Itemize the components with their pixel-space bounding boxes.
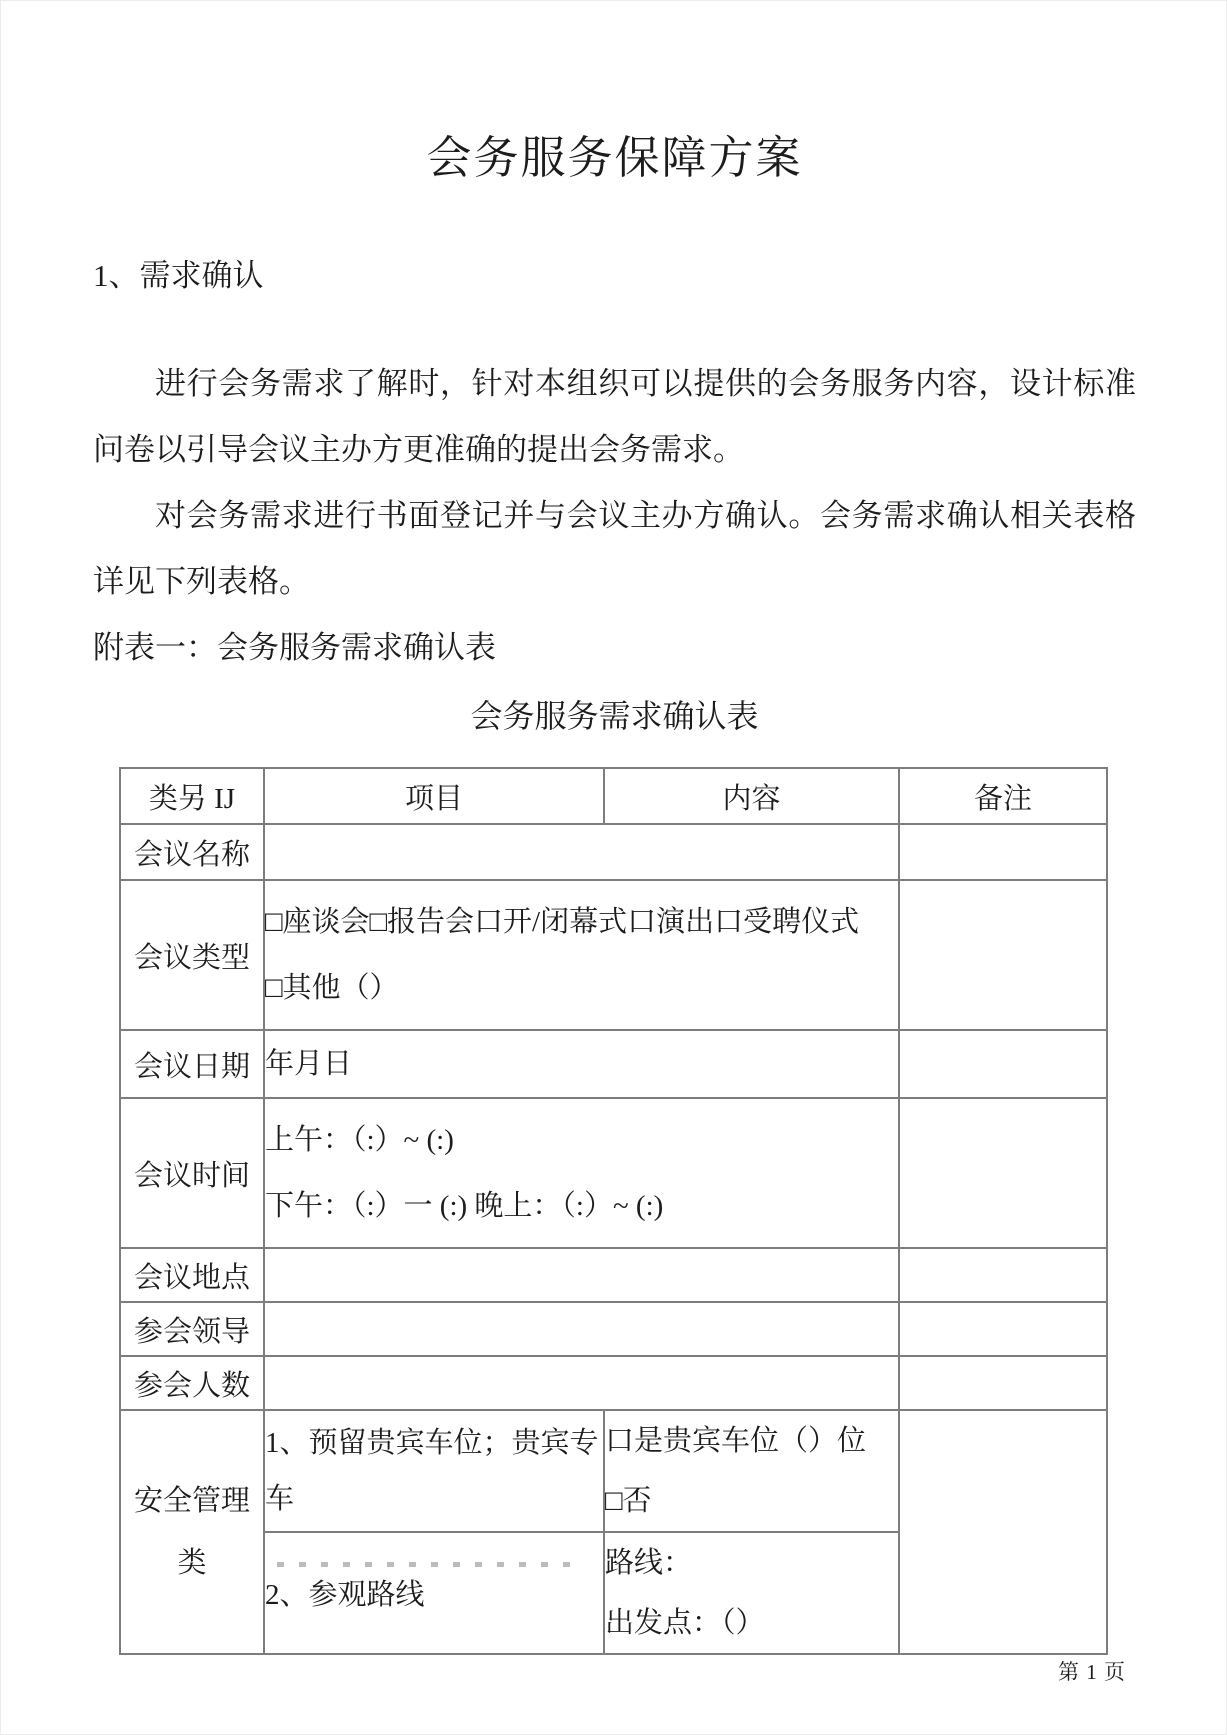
clipped-text-artifact — [277, 1562, 577, 1567]
table-row-safety-1: 安全管理 类 1、预留贵宾车位；贵宾专车 口是贵宾车位（）位 □否 — [120, 1410, 1107, 1532]
row-safety-category-label: 安全管理 类 — [120, 1410, 264, 1654]
row-meeting-name-content — [264, 824, 899, 880]
page-number: 第 1 页 — [1058, 1656, 1126, 1686]
row-attendee-count-content — [264, 1356, 899, 1410]
row-meeting-name-label: 会议名称 — [120, 824, 264, 880]
row-attending-leaders-note — [899, 1302, 1107, 1356]
header-note: 备注 — [899, 768, 1107, 824]
table-row: 参会领导 — [120, 1302, 1107, 1356]
body-paragraphs: 进行会务需求了解时，针对本组织可以提供的会务服务内容，设计标准问卷以引导会议主办… — [93, 351, 1136, 681]
table-row: 会议地点 — [120, 1248, 1107, 1302]
row-attending-leaders-content — [264, 1302, 899, 1356]
row-meeting-time-label: 会议时间 — [120, 1098, 264, 1248]
safety-item-2: 2、参观路线 — [264, 1532, 604, 1654]
route-line: 路线： — [605, 1533, 898, 1593]
row-attendee-count-label: 参会人数 — [120, 1356, 264, 1410]
departure-point-line: 出发点：（） — [605, 1593, 898, 1653]
meeting-date-line: 年月日 — [265, 1031, 898, 1097]
attachment-label: 附表一：会务服务需求确认表 — [93, 615, 1136, 681]
header-category: 类另 IJ — [120, 768, 264, 824]
meeting-time-morning-line: 上午：（:）~ (:) — [265, 1107, 898, 1173]
row-meeting-place-note — [899, 1248, 1107, 1302]
row-meeting-type-label: 会议类型 — [120, 880, 264, 1030]
safety-item-2-text: 2、参观路线 — [265, 1567, 603, 1623]
row-meeting-date-content: 年月日 — [264, 1030, 899, 1098]
paragraph-2: 对会务需求进行书面登记并与会议主办方确认。会务需求确认相关表格详见下列表格。 — [93, 483, 1136, 615]
vip-parking-yes-line: 口是贵宾车位（）位 — [605, 1411, 898, 1471]
row-meeting-type-note — [899, 880, 1107, 1030]
requirements-table: 类另 IJ 项目 内容 备注 会议名称 会议类型 □座谈会□报告会口开/闭幕式口… — [119, 767, 1108, 1655]
safety-note — [899, 1410, 1107, 1654]
safety-item-1: 1、预留贵宾车位；贵宾专车 — [264, 1410, 604, 1532]
table-row: 会议类型 □座谈会□报告会口开/闭幕式口演出口受聘仪式 □其他（） — [120, 880, 1107, 1030]
safety-label-line-1: 安全管理 — [121, 1470, 263, 1532]
table-row: 会议日期 年月日 — [120, 1030, 1107, 1098]
row-meeting-place-label: 会议地点 — [120, 1248, 264, 1302]
meeting-type-options-line: □座谈会□报告会口开/闭幕式口演出口受聘仪式 — [265, 889, 898, 955]
safety-content-1: 口是贵宾车位（）位 □否 — [604, 1410, 899, 1532]
safety-label-line-2: 类 — [121, 1532, 263, 1594]
table-header-row: 类另 IJ 项目 内容 备注 — [120, 768, 1107, 824]
section-heading: 1、需求确认 — [93, 250, 1136, 295]
row-meeting-name-note — [899, 824, 1107, 880]
row-meeting-time-note — [899, 1098, 1107, 1248]
row-meeting-type-content: □座谈会□报告会口开/闭幕式口演出口受聘仪式 □其他（） — [264, 880, 899, 1030]
row-meeting-time-content: 上午：（:）~ (:) 下午：（:）一 (:) 晚上：（:）~ (:) — [264, 1098, 899, 1248]
document-page: 会务服务保障方案 1、需求确认 进行会务需求了解时，针对本组织可以提供的会务服务… — [0, 0, 1227, 1735]
row-attending-leaders-label: 参会领导 — [120, 1302, 264, 1356]
table-row: 会议时间 上午：（:）~ (:) 下午：（:）一 (:) 晚上：（:）~ (:) — [120, 1098, 1107, 1248]
meeting-type-other-line: □其他（） — [265, 955, 898, 1021]
meeting-time-afternoon-line: 下午：（:）一 (:) 晚上：（:）~ (:) — [265, 1173, 898, 1239]
row-attendee-count-note — [899, 1356, 1107, 1410]
header-content: 内容 — [604, 768, 899, 824]
table-row: 参会人数 — [120, 1356, 1107, 1410]
row-meeting-date-label: 会议日期 — [120, 1030, 264, 1098]
table-row: 会议名称 — [120, 824, 1107, 880]
document-title: 会务服务保障方案 — [93, 121, 1136, 186]
document-content: 会务服务保障方案 1、需求确认 进行会务需求了解时，针对本组织可以提供的会务服务… — [93, 1, 1136, 1655]
row-meeting-place-content — [264, 1248, 899, 1302]
table-caption: 会务服务需求确认表 — [93, 691, 1136, 737]
vip-parking-no-line: □否 — [605, 1471, 898, 1531]
row-meeting-date-note — [899, 1030, 1107, 1098]
header-item: 项目 — [264, 768, 604, 824]
safety-content-2: 路线： 出发点：（） — [604, 1532, 899, 1654]
paragraph-1: 进行会务需求了解时，针对本组织可以提供的会务服务内容，设计标准问卷以引导会议主办… — [93, 351, 1136, 483]
